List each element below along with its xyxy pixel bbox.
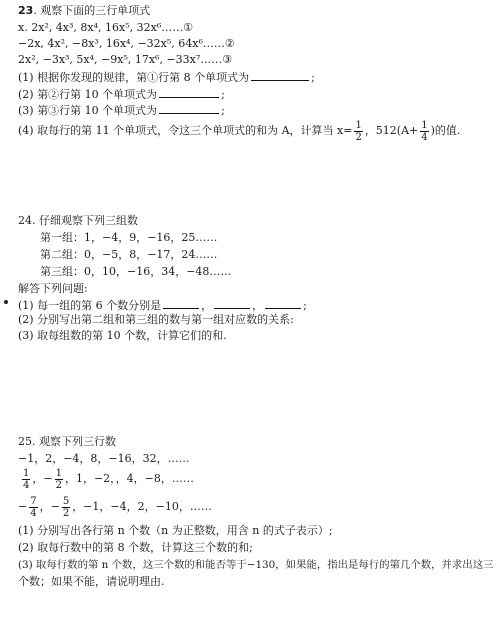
- q25-row3-rest: ，−1，−4，2，−10，……: [72, 500, 212, 513]
- minus: −: [18, 500, 27, 513]
- q25-question-2: (2) 取每行数中的第 8 个数，计算这三个数的和;: [18, 541, 253, 555]
- answer-blank[interactable]: [163, 297, 199, 309]
- fraction: 12: [55, 468, 63, 491]
- q25-title: 25. 观察下列三行数: [18, 435, 116, 449]
- numerator: 5: [62, 496, 70, 508]
- q25-row3: −74，−52，−1，−4，2，−10，……: [18, 494, 212, 520]
- answer-blank[interactable]: [214, 297, 250, 309]
- q23-row1: x. 2x², 4x³, 8x⁴, 16x⁵, 32x⁶……①: [18, 21, 193, 35]
- q24-title: 24. 仔细观察下列三组数: [18, 214, 138, 228]
- q23-title: 23. 观察下面的三行单项式: [18, 4, 150, 18]
- punct: ，: [252, 299, 263, 312]
- q23-q1-text: (1) 根据你发现的规律，第①行第 8 个单项式为: [18, 71, 249, 84]
- fraction: 12: [354, 120, 362, 143]
- q23-question-4: (4) 取每行的第 11 个单项式，令这三个单项式的和为 A，计算当 x=12，…: [18, 118, 460, 144]
- q25-question-3-line1: (3) 取每行数的第 n 个数，这三个数的和能否等于−130，如果能，指出是每行…: [18, 558, 493, 572]
- q23-q2-text: (2) 第②行第 10 个单项式为: [18, 88, 157, 101]
- fraction: 74: [29, 496, 37, 519]
- q23-q4-mid: ，512(A+: [365, 124, 418, 137]
- q24-question-2: (2) 分别写出第二组和第三组的数与第一组对应数的关系:: [18, 313, 294, 327]
- bullet-icon: [4, 300, 8, 304]
- q25-row2-text: ，−: [32, 472, 52, 485]
- q24-question-3: (3) 取每组数的第 10 个数，计算它们的和.: [18, 329, 227, 343]
- denominator: 2: [354, 132, 362, 143]
- answer-blank[interactable]: [159, 102, 219, 114]
- punct: ;: [221, 104, 225, 117]
- q23-row3: 2x², −3x³, 5x⁴, −9x⁵, 17x⁶, −33x⁷……③: [18, 53, 232, 67]
- q23-question-2: (2) 第②行第 10 个单项式为;: [18, 86, 225, 102]
- numerator: 7: [29, 496, 37, 508]
- numerator: 1: [22, 468, 30, 480]
- q24-question-1: (1) 每一组的第 6 个数分别是，，;: [18, 297, 307, 313]
- punct: ，: [201, 299, 212, 312]
- q24-group-1: 第一组：1，−4，9，−16，25……: [40, 231, 217, 245]
- q25-question-1: (1) 分别写出各行第 n 个数（n 为正整数，用含 n 的式子表示）;: [18, 524, 333, 538]
- fraction: 14: [420, 120, 428, 143]
- q25-row2: 14，−12，1，−2，，4，−8，……: [20, 466, 194, 492]
- punct: ;: [311, 71, 315, 84]
- q23-number: 23: [18, 4, 33, 17]
- q23-q3-text: (3) 第③行第 10 个单项式为: [18, 104, 157, 117]
- q25-question-3-line2: 个数；如果不能，请说明理由.: [18, 575, 165, 589]
- fraction: 52: [62, 496, 70, 519]
- answer-blank[interactable]: [159, 86, 219, 98]
- q24-group-2: 第二组：0，−5，8，−17，24……: [40, 248, 217, 262]
- q23-row2: −2x, 4x², −8x³, 16x⁴, −32x⁵, 64x⁶……②: [18, 37, 235, 51]
- answer-blank[interactable]: [251, 69, 309, 81]
- q23-q4-post: )的值.: [431, 124, 461, 137]
- numerator: 1: [420, 120, 428, 132]
- q24-answer-heading: 解答下列问题:: [18, 282, 88, 296]
- punct: ;: [221, 88, 225, 101]
- denominator: 2: [62, 508, 70, 519]
- q25-row1: −1，2，−4，8，−16，32，……: [18, 452, 190, 466]
- denominator: 4: [420, 132, 428, 143]
- numerator: 1: [354, 120, 362, 132]
- fraction: 14: [22, 468, 30, 491]
- denominator: 4: [22, 480, 30, 491]
- denominator: 2: [55, 480, 63, 491]
- q23-q4-text: (4) 取每行的第 11 个单项式，令这三个单项式的和为 A，计算当 x=: [18, 124, 352, 137]
- denominator: 4: [29, 508, 37, 519]
- numerator: 1: [55, 468, 63, 480]
- q24-group-3: 第三组：0，10，−16，34，−48……: [40, 265, 231, 279]
- answer-blank[interactable]: [265, 297, 301, 309]
- q25-row2-rest: ，1，−2，，4，−8，……: [65, 472, 194, 485]
- q24-q1-text: (1) 每一组的第 6 个数分别是: [18, 299, 161, 312]
- q23-question-1: (1) 根据你发现的规律，第①行第 8 个单项式为;: [18, 69, 315, 85]
- q23-title-text: . 观察下面的三行单项式: [33, 4, 150, 17]
- punct: ;: [303, 299, 307, 312]
- q25-row3-text: ，−: [40, 500, 60, 513]
- q23-question-3: (3) 第③行第 10 个单项式为;: [18, 102, 225, 118]
